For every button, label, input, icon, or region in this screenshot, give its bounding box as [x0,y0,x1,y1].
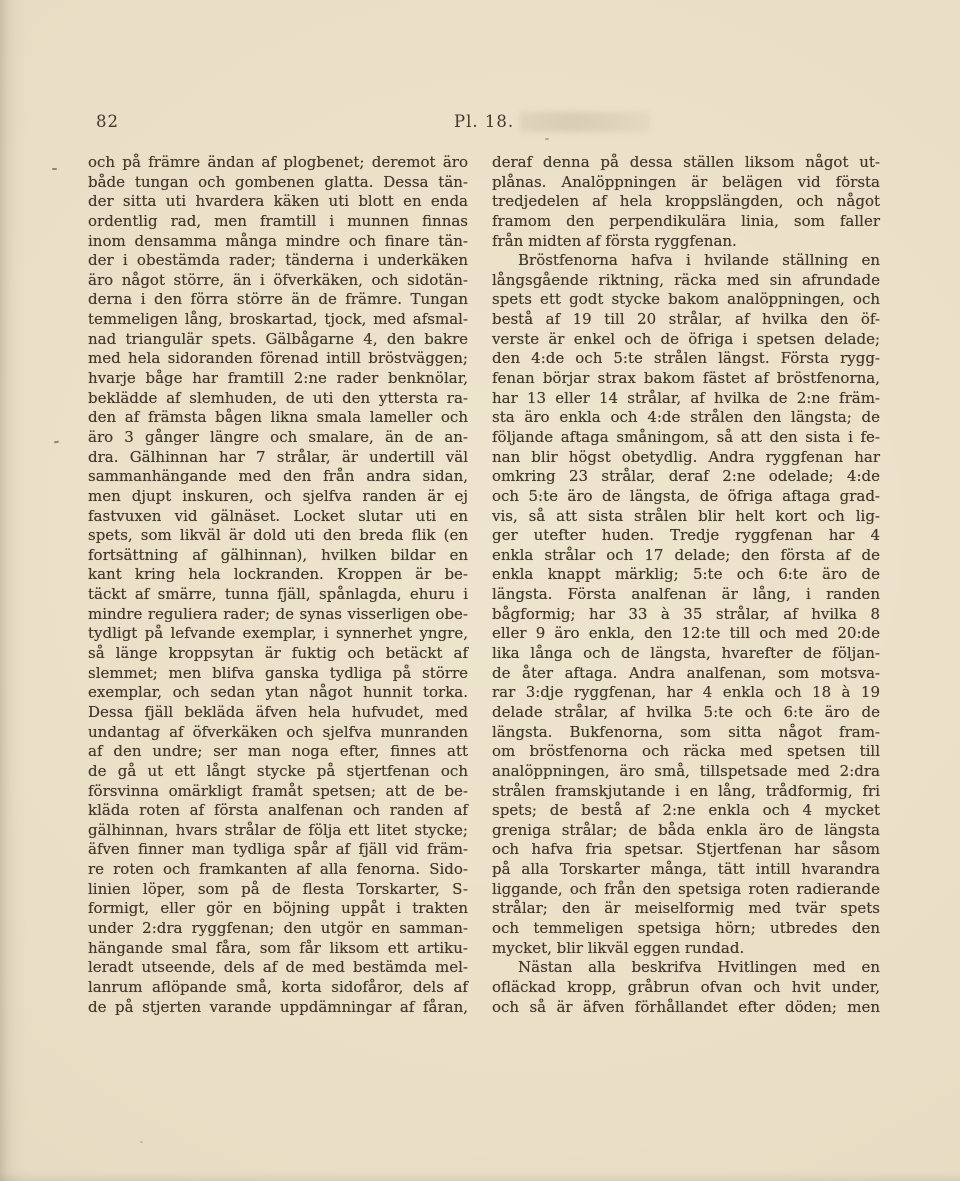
text-line: äro något större, än i öfverkäken, och s… [88,271,468,291]
plate-label: Pl. 18. [454,112,514,131]
text-line: af den undre; ser man noga efter, finnes… [88,742,468,762]
text-line: der sitta uti hvardera käken uti blott e… [88,192,468,212]
text-line: greniga strålar; de båda enkla äro de lä… [492,821,880,841]
text-line: omkring 23 strålar, deraf 2:ne odelade; … [492,467,880,487]
book-page: 82 Pl. 18. och på främre ändan af plogbe… [0,0,960,1181]
text-line: der i obestämda rader; tänderna i underk… [88,251,468,271]
text-line: plånas. Analöppningen är belägen vid för… [492,173,880,193]
text-line: spets, som likväl är dold uti den breda … [88,526,468,546]
text-line: rar 3:dje ryggfenan, har 4 enkla och 18 … [492,683,880,703]
text-line: sta äro enkla och 4:de strålen den längs… [492,408,880,428]
text-line: ordentlig rad, men framtill i munnen fin… [88,212,468,232]
text-line: om bröstfenorna och räcka med spetsen ti… [492,742,880,762]
text-line: Dessa fjäll bekläda äfven hela hufvudet,… [88,703,468,723]
text-line: beklädde af slemhuden, de uti den ytters… [88,389,468,409]
text-line: både tungan och gombenen glatta. Dessa t… [88,173,468,193]
text-line: och på främre ändan af plogbenet; deremo… [88,153,468,173]
text-line: mindre reguliera rader; de synas visserl… [88,605,468,625]
text-column-right: deraf denna på dessa ställen liksom någo… [492,153,880,1017]
text-line: de gå ut ett långt stycke på stjertfenan… [88,762,468,782]
text-line: tredjedelen af hela kroppslängden, och n… [492,192,880,212]
text-line: och temmeligen spetsiga hörn; utbredes d… [492,919,880,939]
text-line: analöppningen, äro små, tillspetsade med… [492,762,880,782]
text-line: kant kring hela lockranden. Kroppen är b… [88,565,468,585]
ink-speck [140,1141,143,1143]
text-line: Bröstfenorna hafva i hvilande ställning … [492,251,880,271]
text-line: leradt utseende, dels af de med bestämda… [88,958,468,978]
text-line: hängande smal fåra, som får liksom ett a… [88,939,468,959]
text-line: gälhinnan, hvars strålar de följa ett li… [88,821,468,841]
text-line: den af främsta bågen likna smala lamelle… [88,408,468,428]
text-line: temmeligen lång, broskartad, tjock, med … [88,310,468,330]
text-line: Nästan alla beskrifva Hvitlingen med en [492,958,880,978]
page-number: 82 [96,112,119,131]
ink-speck [54,441,59,444]
text-line: följande aftaga småningom, så att den si… [492,428,880,448]
text-line: tydligt på lefvande exemplar, i synnerhe… [88,624,468,644]
text-line: bestå af 19 till 20 strålar, af hvilka d… [492,310,880,330]
text-line: exemplar, och sedan ytan något hunnit to… [88,683,468,703]
text-line: ger utefter huden. Tredje ryggfenan har … [492,526,880,546]
text-line: den 4:de och 5:te strålen längst. Första… [492,349,880,369]
text-line: täckt af smärre, tunna fjäll, spånlagda,… [88,585,468,605]
ink-showthrough [520,112,650,132]
text-column-left: och på främre ändan af plogbenet; deremo… [88,153,468,1017]
text-line: lanrum aflöpande små, korta sidofåror, d… [88,978,468,998]
text-line: vis, så att sista strålen blir helt kort… [492,507,880,527]
text-line: deraf denna på dessa ställen liksom någo… [492,153,880,173]
text-line: derna i den förra större än de främre. T… [88,290,468,310]
text-line: kläda roten af första analfenan och rand… [88,801,468,821]
text-line: fenan börjar strax bakom fästet af bröst… [492,369,880,389]
text-line: och så är äfven förhållandet efter döden… [492,998,880,1018]
text-line: strålar; den är meiselformig med tvär sp… [492,899,880,919]
text-line: bågformig; har 33 à 35 strålar, af hvilk… [492,605,880,625]
text-line: långsgående riktning, räcka med sin afru… [492,271,880,291]
text-line: hvarje båge har framtill 2:ne rader benk… [88,369,468,389]
text-line: längsta. Bukfenorna, som sitta något fra… [492,723,880,743]
text-line: inom densamma många mindre och finare tä… [88,232,468,252]
text-line: fortsättning af gälhinnan), hvilken bild… [88,546,468,566]
text-line: äfven finner man tydliga spår af fjäll v… [88,840,468,860]
text-line: äro 3 gånger längre och smalare, än de a… [88,428,468,448]
text-line: sammanhängande med den från andra sidan, [88,467,468,487]
text-line: och hafva fria spetsar. Stjertfenan har … [492,840,880,860]
text-line: längsta. Första analfenan är lång, i ran… [492,585,880,605]
text-line: från midten af första ryggfenan. [492,232,880,252]
text-line: re roten och framkanten af alla fenorna.… [88,860,468,880]
text-line: nad triangulär spets. Gälbågarne 4, den … [88,330,468,350]
text-line: nan blir högst obetydlig. Andra ryggfena… [492,448,880,468]
text-line: har 13 eller 14 strålar, af hvilka de 2:… [492,389,880,409]
text-line: och 5:te äro de längsta, de öfriga aftag… [492,487,880,507]
text-line: spets ett godt stycke bakom analöppninge… [492,290,880,310]
text-line: verste är enkel och de öfriga i spetsen … [492,330,880,350]
text-line: ofläckad kropp, gråbrun ofvan och hvit u… [492,978,880,998]
text-line: formigt, eller gör en böjning uppåt i tr… [88,899,468,919]
page-bottom-shadow [0,1171,960,1181]
text-line: försvinna omärkligt framåt spetsen; att … [88,782,468,802]
text-line: lika långa och de längsta, hvarefter de … [492,644,880,664]
text-line: de åter aftaga. Andra analfenan, som mot… [492,664,880,684]
text-line: enkla knappt märklig; 5:te och 6:te äro … [492,565,880,585]
page-edge-shadow [0,0,26,1181]
text-line: men djupt inskuren, och sjelfva randen ä… [88,487,468,507]
text-line: delade strålar, af hvilka 5:te och 6:te … [492,703,880,723]
text-line: fastvuxen vid gälnäset. Locket slutar ut… [88,507,468,527]
text-line: de på stjerten varande uppdämningar af f… [88,998,468,1018]
text-line: liggande, och från den spetsiga roten ra… [492,880,880,900]
text-line: linien löper, som på de flesta Torskarte… [88,880,468,900]
text-line: på alla Torskarter många, tätt intill hv… [492,860,880,880]
text-line: enkla strålar och 17 delade; den första … [492,546,880,566]
ink-speck [545,138,549,140]
text-line: framom den perpendikulära linia, som fal… [492,212,880,232]
text-line: med hela sidoranden förenad intill bröst… [88,349,468,369]
text-line: mycket, blir likväl eggen rundad. [492,939,880,959]
text-line: under 2:dra ryggfenan; den utgör en samm… [88,919,468,939]
ink-speck [52,168,57,170]
text-line: spets; de bestå af 2:ne enkla och 4 myck… [492,801,880,821]
text-line: strålen framskjutande i en lång, trådfor… [492,782,880,802]
text-line: slemmet; men blifva ganska tydliga på st… [88,664,468,684]
text-line: dra. Gälhinnan har 7 strålar, är underti… [88,448,468,468]
text-line: eller 9 äro enkla, den 12:te till och me… [492,624,880,644]
text-line: så länge kroppsytan är fuktig och betäck… [88,644,468,664]
text-line: undantag af öfverkäken och sjelfva munra… [88,723,468,743]
